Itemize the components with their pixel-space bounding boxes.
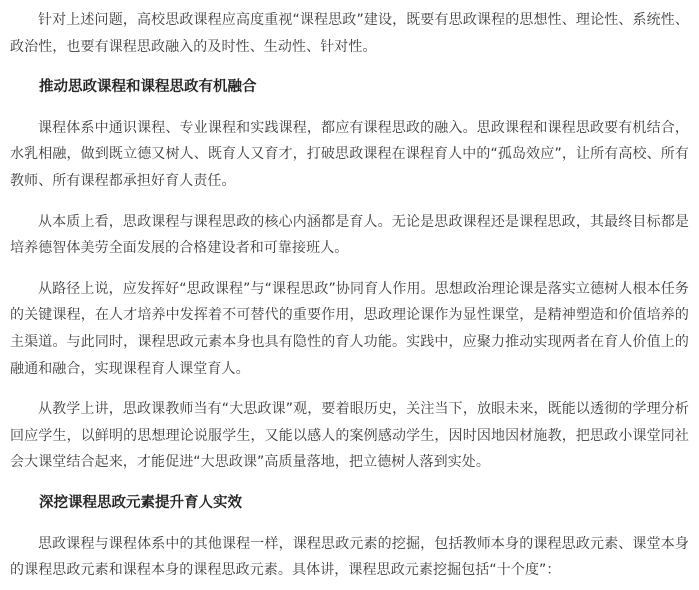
- paragraph-curriculum-system: 课程体系中通识课程、专业课程和实践课程，都应有课程思政的融入。思政课程和课程思政…: [10, 115, 689, 195]
- section-heading-integration: 推动思政课程和课程思政有机融合: [10, 74, 689, 101]
- paragraph-elements: 思政课程与课程体系中的其他课程一样，课程思政元素的挖掘，包括教师本身的课程思政元…: [10, 531, 689, 584]
- paragraph-teaching: 从教学上讲，思政课教师当有“大思政课”观，要着眼历史，关注当下，放眼未来，既能以…: [10, 396, 689, 476]
- section-heading-elements: 深挖课程思政元素提升育人实效: [10, 490, 689, 517]
- paragraph-essence: 从本质上看，思政课程与课程思政的核心内涵都是育人。无论是思政课程还是课程思政，其…: [10, 209, 689, 262]
- paragraph-intro: 针对上述问题，高校思政课程应高度重视“课程思政”建设，既要有思政课程的思想性、理…: [10, 7, 689, 60]
- article-body: 针对上述问题，高校思政课程应高度重视“课程思政”建设，既要有思政课程的思想性、理…: [0, 0, 699, 584]
- paragraph-path: 从路径上说，应发挥好“思政课程”与“课程思政”协同育人作用。思想政治理论课是落实…: [10, 276, 689, 382]
